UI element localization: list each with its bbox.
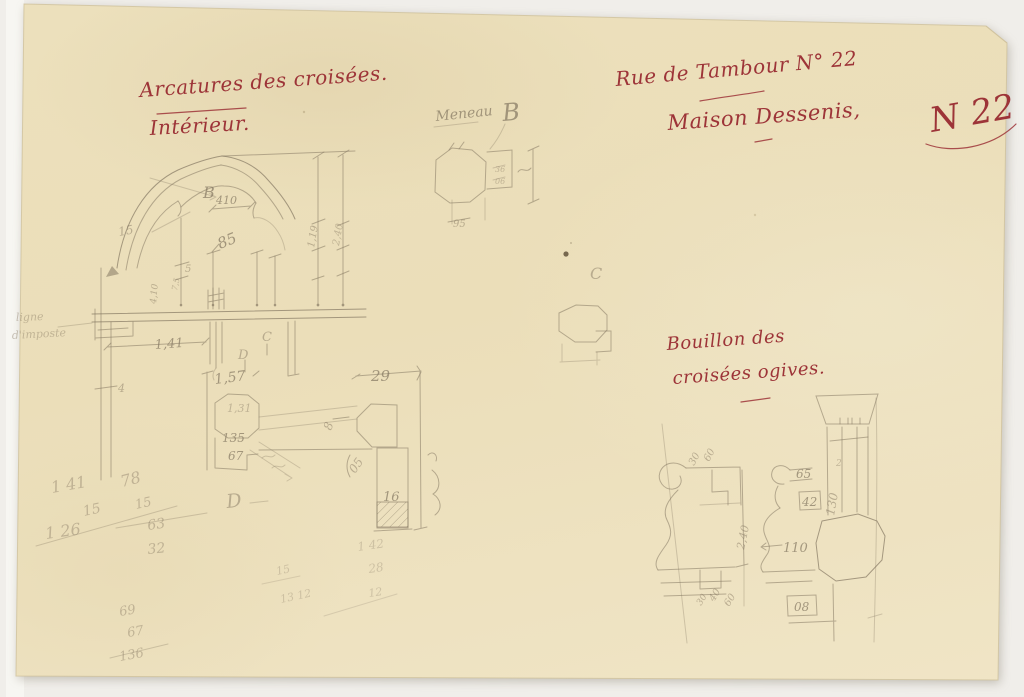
impost-note-line2: d'imposte	[11, 326, 66, 342]
pier-hatched-trapezoid	[816, 394, 878, 424]
dim-pier-08: 08	[794, 600, 810, 614]
dim-prof-131: 1,31	[227, 402, 252, 415]
dim-pier-2: 2	[835, 459, 842, 469]
meneau-label: Meneau	[434, 103, 494, 125]
dim-cons-60: 60	[702, 446, 718, 463]
letter-c-arch: C	[262, 330, 272, 345]
dim-men-36: 36	[495, 165, 505, 174]
dim-men-06: 06	[495, 177, 505, 186]
c-section-sketch	[559, 305, 611, 365]
dim-prof-157: 1,57	[214, 368, 247, 388]
dim-arch-left: 15	[117, 223, 134, 239]
dim-prof-67: 67	[228, 449, 244, 463]
dim-arch-h2: 2,40	[331, 222, 346, 247]
dim-arch-s5: 5	[185, 264, 191, 275]
calc-c1: 69	[118, 602, 137, 620]
paper-cut-corner	[986, 26, 1007, 43]
dim-arch-rise: 85	[215, 229, 239, 253]
dim-arch-s75: 7,5	[170, 277, 181, 291]
pier-section-sketch	[761, 394, 885, 642]
address-flourish-number: N 22	[926, 87, 1018, 141]
calc-c2: 67	[126, 623, 146, 641]
address-line2: Maison Dessenis,	[666, 98, 862, 135]
dim-pier-42: 42	[801, 495, 817, 509]
jamb-hatched-bar	[377, 502, 408, 527]
title-line1: Arcatures des croisées.	[137, 61, 389, 102]
note-line2: croisées ogives.	[672, 357, 826, 389]
dim-arch-s4: 4	[117, 382, 125, 395]
mullion-hatched-octagon	[435, 148, 486, 203]
dim-jamb-16: 16	[383, 490, 400, 505]
calc-b3: 63	[146, 516, 166, 534]
dim-pier-130: 130	[823, 491, 841, 516]
title-line2: Intérieur.	[148, 111, 250, 140]
calc-a2: 15	[82, 501, 103, 520]
dim-arch-sill: 1,41	[154, 336, 184, 353]
letter-b-arch: B	[202, 183, 215, 202]
dim-arch-v410: 4,10	[149, 283, 161, 305]
jamb-hatched-band	[357, 404, 397, 447]
address-line1: Rue de Tambour N° 22	[613, 46, 858, 91]
calc-d2: 28	[366, 560, 384, 576]
calc-c3: 136	[118, 646, 145, 665]
calc-a3: 1 26	[44, 519, 82, 543]
pencil-calculations: 1 41 15 1 26 78 15 63 32 69 67 136 1 42 …	[44, 468, 385, 665]
calc-d1: 1 42	[356, 536, 384, 554]
dim-cons-240: 2,40	[734, 524, 752, 552]
impost-note-line1: ligne	[16, 310, 45, 324]
dim-pier-110: 110	[783, 541, 808, 556]
dim-men-95: 95	[453, 219, 466, 230]
red-ink-annotations: Arcatures des croisées. Intérieur. Rue d…	[137, 46, 1018, 402]
sketch-overlay: Arcatures des croisées. Intérieur. Rue d…	[0, 0, 1024, 697]
dim-cons-30: 30	[687, 450, 703, 467]
dim-jamb-29: 29	[370, 367, 391, 385]
note-line1: Bouillon des	[665, 326, 786, 355]
dim-arch-span: 410	[215, 194, 237, 207]
mullion-section-sketch	[434, 122, 539, 224]
letter-d-profile: D	[224, 490, 242, 514]
dim-cons-40: 40	[707, 586, 724, 604]
calc-b1: 78	[118, 468, 142, 491]
pencil-labels: Meneau B B C D C D ligne d'imposte	[11, 98, 602, 514]
letter-c-mid: C	[590, 264, 602, 283]
dim-pier-65: 65	[796, 467, 811, 481]
calc-a1: 1 41	[49, 472, 87, 497]
ink-speck	[563, 251, 568, 256]
c-hatched-profile	[559, 305, 607, 342]
calc-d3: 12	[368, 585, 384, 600]
calc-b4: 32	[147, 540, 166, 558]
address-underline	[700, 91, 764, 101]
note-dash	[741, 398, 770, 402]
address-dash	[755, 139, 772, 142]
calculation-lines	[36, 506, 397, 658]
calc-b2: 15	[134, 495, 153, 513]
calc-e1: 15	[275, 562, 291, 578]
calc-e2: 13 12	[279, 587, 313, 606]
dim-arch-h1: 1,19	[306, 224, 321, 248]
letter-d-arch: D	[237, 348, 249, 363]
pencil-dimensions: 410 85 1,19 2,40 1,41 15 5 7,5 4,10 4 1,…	[117, 165, 842, 614]
dim-jamb-05: 05	[346, 455, 366, 476]
dim-prof-135: 135	[222, 431, 245, 445]
pier-hatched-octagon	[816, 514, 885, 581]
letter-b-large: B	[500, 98, 521, 128]
